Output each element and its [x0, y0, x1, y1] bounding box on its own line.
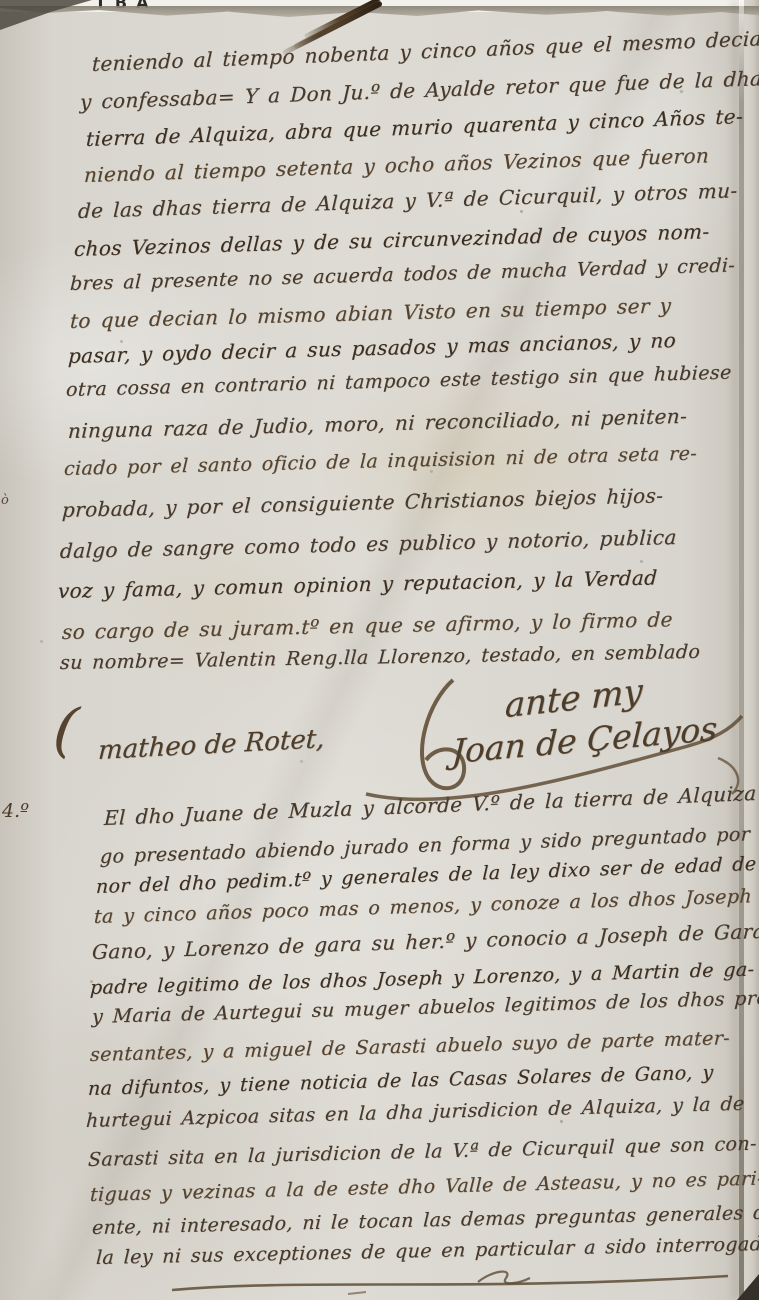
margin-witness-number: 4.º [2, 800, 29, 822]
closing-rule-flourish [168, 1264, 743, 1298]
manuscript-line: to que decian lo mismo abian Visto en su… [69, 293, 671, 333]
manuscript-line: dalgo de sangre como todo es publico y n… [59, 525, 677, 563]
manuscript-line: voz y fama, y comun opinion y reputacion… [57, 565, 658, 603]
manuscript-line: tierra de Alquiza, abra que murio quaren… [86, 104, 744, 151]
manuscript-line: Sarasti sita en la jurisdicion de la V.ª… [87, 1133, 757, 1171]
manuscript-line: na difuntos, y tiene noticia de las Casa… [88, 1062, 715, 1100]
opening-paren-flourish: ( [50, 699, 81, 761]
manuscript-line: hurtegui Azpicoa sitas en la dha jurisdi… [86, 1093, 746, 1132]
manuscript-line: Gano, y Lorenzo de gara su her.º y conoc… [92, 919, 759, 964]
handwritten-text-layer: teniendo al tiempo nobenta y cinco años … [0, 0, 759, 1300]
manuscript-line: bres al presente no se acuerda todos de … [70, 254, 736, 295]
manuscript-line: probada, y por el consiguiente Christian… [61, 483, 663, 522]
manuscript-line: ciado por el santo oficio de la inquisis… [63, 443, 697, 481]
manuscript-line: ninguna raza de Judio, moro, ni reconcil… [67, 404, 687, 443]
manuscript-line: otra cossa en contrario ni tampoco este … [66, 362, 733, 401]
manuscript-line: sentantes, y a miguel de Sarasti abuelo … [90, 1027, 731, 1066]
margin-tick: ò [1, 493, 9, 508]
manuscript-line: chos Vezinos dellas y de su circunvezind… [73, 219, 710, 261]
manuscript-line: teniendo al tiempo nobenta y cinco años … [92, 26, 759, 76]
signature-left: matheo de Rotet, [97, 724, 325, 766]
manuscript-line: de las dhas tierra de Alquiza y V.ª de C… [78, 178, 738, 223]
manuscript-line: so cargo de su juram.tº en que se afirmo… [61, 607, 673, 644]
manuscript-line: niendo al tiempo setenta y ocho años Vez… [84, 143, 710, 187]
manuscript-line: pasar, y oydo decir a sus pasados y mas … [67, 328, 676, 368]
manuscript-line: tiguas y vezinas a la de este dho Valle … [89, 1168, 759, 1206]
manuscript-scan: TBA teniendo al tiempo nobenta y cinco a… [0, 0, 759, 1300]
manuscript-line: ente, ni interesado, ni le tocan las dem… [91, 1201, 759, 1239]
